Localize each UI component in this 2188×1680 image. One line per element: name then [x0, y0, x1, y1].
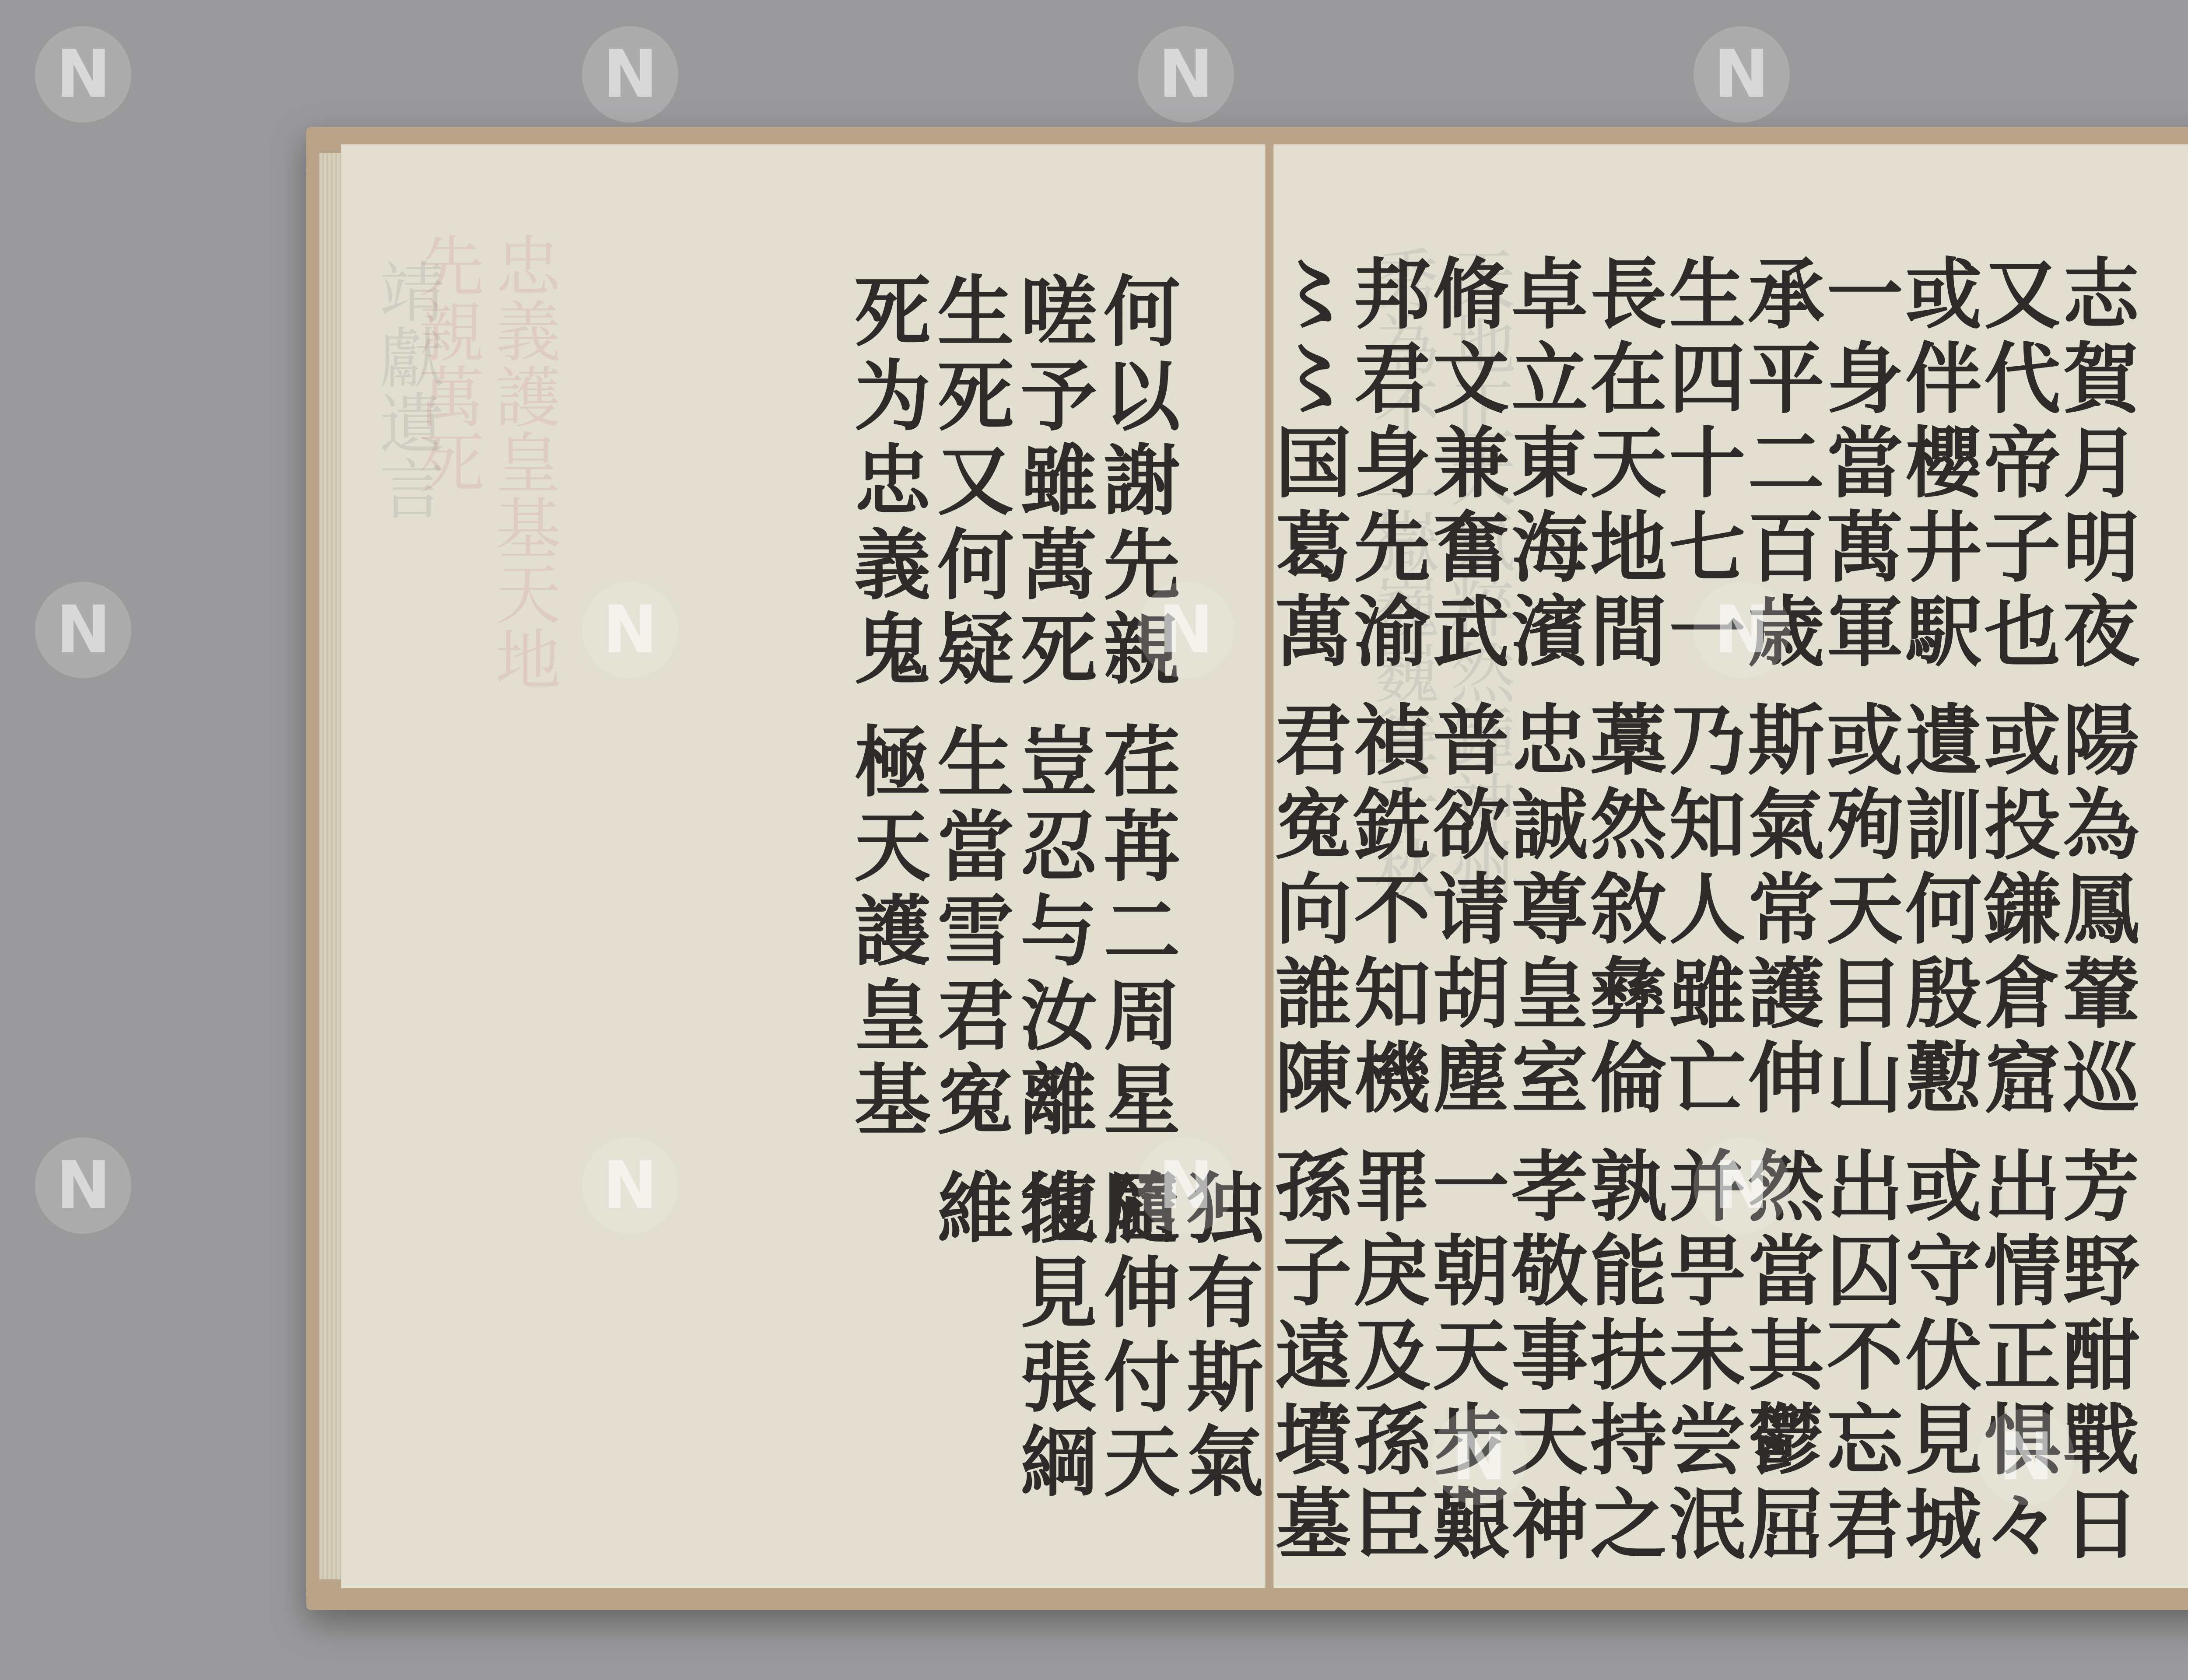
watermark-logo-icon: N [35, 582, 131, 678]
watermark-logo-icon: N [1138, 26, 1234, 122]
right-col-10: 邦君身先渝 [1344, 254, 1427, 676]
right-col-7: 長在天地間 [1581, 254, 1664, 676]
right-col-12: 陽為鳳輦巡 [2053, 700, 2136, 1122]
watermark-logo-icon: N [1694, 1137, 1790, 1234]
watermark-logo-icon: N [582, 26, 678, 122]
right-col-26: 出囚不忘君 [1817, 1146, 1900, 1568]
right-col-8: 卓立東海濱 [1502, 254, 1585, 676]
watermark-logo-icon: N [1431, 1409, 1527, 1505]
right-col-18: 藁然敘彝倫 [1581, 700, 1664, 1122]
right-page: 天地正大氣粹然鍾神州秀為不二嶽巍巍聳千秋 志賀月明夜 又代帝子也 或伴櫻井駅 一… [1273, 144, 2188, 1588]
right-col-9: 脩文兼奮武 [1423, 254, 1506, 676]
left-page: 忠義護皇基天地先親萬死 靖獻遺言 何以謝先親 嗟予雖萬死 生死又何疑 死为忠義鬼… [341, 144, 1266, 1588]
watermark-logo-icon: N [1138, 1137, 1234, 1234]
right-col-22: 君寃向誰陳 [1266, 700, 1349, 1122]
left-col-2: 嗟予雖萬死 [1011, 271, 1094, 693]
bleed-through-gray: 靖獻遺言 [368, 258, 444, 521]
watermark-logo-icon: N [582, 1137, 678, 1234]
right-col-20: 普欲请胡塵 [1423, 700, 1506, 1122]
right-col-19: 忠誠尊皇室 [1502, 700, 1585, 1122]
right-col-24: 出情正惧々 [1974, 1146, 2058, 1568]
left-col-3: 生死又何疑 [928, 271, 1011, 693]
right-col-4: 一身當萬軍 [1817, 254, 1900, 676]
right-col-29: 孰能扶持之 [1581, 1146, 1664, 1568]
watermark-logo-icon: N [1694, 582, 1790, 678]
right-col-14: 遺訓何殷懃 [1896, 700, 1979, 1122]
watermark-logo-icon: N [35, 1137, 131, 1234]
open-book: 忠義護皇基天地先親萬死 靖獻遺言 何以謝先親 嗟予雖萬死 生死又何疑 死为忠義鬼… [306, 127, 2188, 1610]
right-col-21: 禎銑不知機 [1344, 700, 1427, 1122]
watermark-logo-icon: N [1978, 1409, 2074, 1505]
right-col-17: 乃知人雖亡 [1659, 700, 1743, 1122]
right-col-32: 罪戾及孫臣 [1344, 1146, 1427, 1568]
right-col-31: 一朝天步艱 [1423, 1146, 1506, 1568]
watermark-logo-icon: N [1694, 26, 1790, 122]
right-col-23: 芳野酣戰日 [2053, 1146, 2136, 1568]
left-col-8: 極天護皇基 [845, 722, 928, 1144]
left-col-7: 生當雪君寃 [928, 722, 1011, 1144]
left-col-4: 死为忠義鬼 [845, 271, 928, 693]
watermark-logo-icon: N [582, 582, 678, 678]
right-col-11: 〻〻国葛萬 [1266, 254, 1349, 676]
right-col-33: 孫子遠墳墓 [1266, 1146, 1349, 1568]
right-col-30: 孝敬事天神 [1502, 1146, 1585, 1568]
left-col-6: 豈忍与汝離 [1011, 722, 1094, 1144]
right-col-16: 斯氣常護伸 [1738, 700, 1821, 1122]
left-col-5: 荏苒二周星 [1094, 722, 1177, 1144]
right-col-3: 或伴櫻井駅 [1896, 254, 1979, 676]
right-col-25: 或守伏見城 [1896, 1146, 1979, 1568]
left-col-11: 復見張綱維 [928, 1168, 1094, 1588]
watermark-logo-icon: N [35, 26, 131, 122]
right-col-2: 又代帝子也 [1974, 254, 2058, 676]
watermark-logo-icon: N [1138, 582, 1234, 678]
right-col-13: 或投鎌倉窟 [1974, 700, 2058, 1122]
right-col-15: 或殉天目山 [1817, 700, 1900, 1122]
right-col-1: 志賀月明夜 [2053, 254, 2136, 676]
